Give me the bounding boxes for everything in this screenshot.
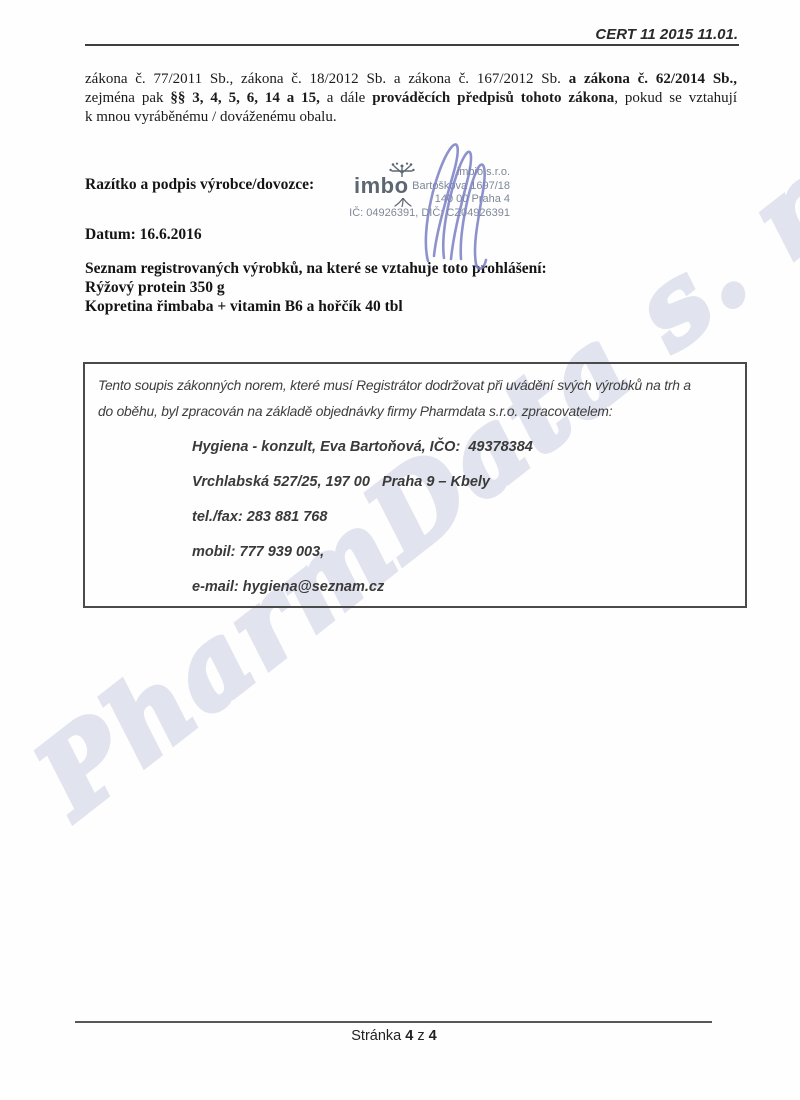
contact-address-line: Vrchlabská 527/25, 197 00 Praha 9 – Kbel… <box>192 472 732 492</box>
product-item: Rýžový protein 350 g <box>85 278 547 297</box>
legal-line1-regular: zákona č. 77/2011 Sb., zákona č. 18/2012… <box>85 71 561 87</box>
scanned-document-page: PharmData s. r. o. CERT 11 2015 11.01. z… <box>0 0 800 1100</box>
footer-rule <box>75 1021 712 1023</box>
legal-line2-regular-c: , pokud se vztahují <box>614 90 737 106</box>
legal-line-1: zákona č. 77/2011 Sb., zákona č. 18/2012… <box>85 70 737 89</box>
footer-page-total: 4 <box>429 1028 437 1044</box>
legal-line2-regular-a: zejména pak <box>85 90 164 106</box>
processor-contact-block: Hygiena - konzult, Eva Bartoňová, IČO: 4… <box>192 437 732 597</box>
legal-line-2: zejména pak §§ 3, 4, 5, 6, 14 a 15, a dá… <box>85 89 737 108</box>
footer-prefix: Stránka <box>351 1028 401 1044</box>
page-number-footer: Stránka 4 z 4 <box>0 1028 788 1044</box>
processor-notice-box: Tento soupis zákonných norem, které musí… <box>83 362 747 608</box>
handwritten-signature <box>406 135 506 275</box>
contact-email-line: e-mail: hygiena@seznam.cz <box>192 577 732 597</box>
contact-telfax-line: tel./fax: 283 881 768 <box>192 507 732 527</box>
date-line: Datum: 16.6.2016 <box>85 226 202 244</box>
contact-mobile-line: mobil: 777 939 003, <box>192 542 732 562</box>
header-rule <box>85 44 739 46</box>
legal-line1-bold: a zákona č. 62/2014 Sb., <box>569 71 737 87</box>
document-code: CERT 11 2015 11.01. <box>595 26 738 43</box>
legal-line2-bold-a: §§ 3, 4, 5, 6, 14 a 15, <box>170 90 319 106</box>
contact-name-line: Hygiena - konzult, Eva Bartoňová, IČO: 4… <box>192 437 732 457</box>
stamp-signature-label: Razítko a podpis výrobce/dovozce: <box>85 176 314 194</box>
footer-separator: z <box>417 1028 424 1044</box>
legal-line-3: k mnou vyráběnému / dováženému obalu. <box>85 108 737 127</box>
notice-intro-line-2: do oběhu, byl zpracován na základě objed… <box>98 399 732 425</box>
legal-line2-regular-b: a dále <box>327 90 366 106</box>
legal-line2-bold-b: prováděcích předpisů tohoto zákona <box>372 90 614 106</box>
product-item: Kopretina řimbaba + vitamin B6 a hořčík … <box>85 297 547 316</box>
footer-page-current: 4 <box>405 1028 413 1044</box>
legal-paragraph: zákona č. 77/2011 Sb., zákona č. 18/2012… <box>85 70 737 127</box>
notice-intro-line-1: Tento soupis zákonných norem, které musí… <box>98 373 732 399</box>
